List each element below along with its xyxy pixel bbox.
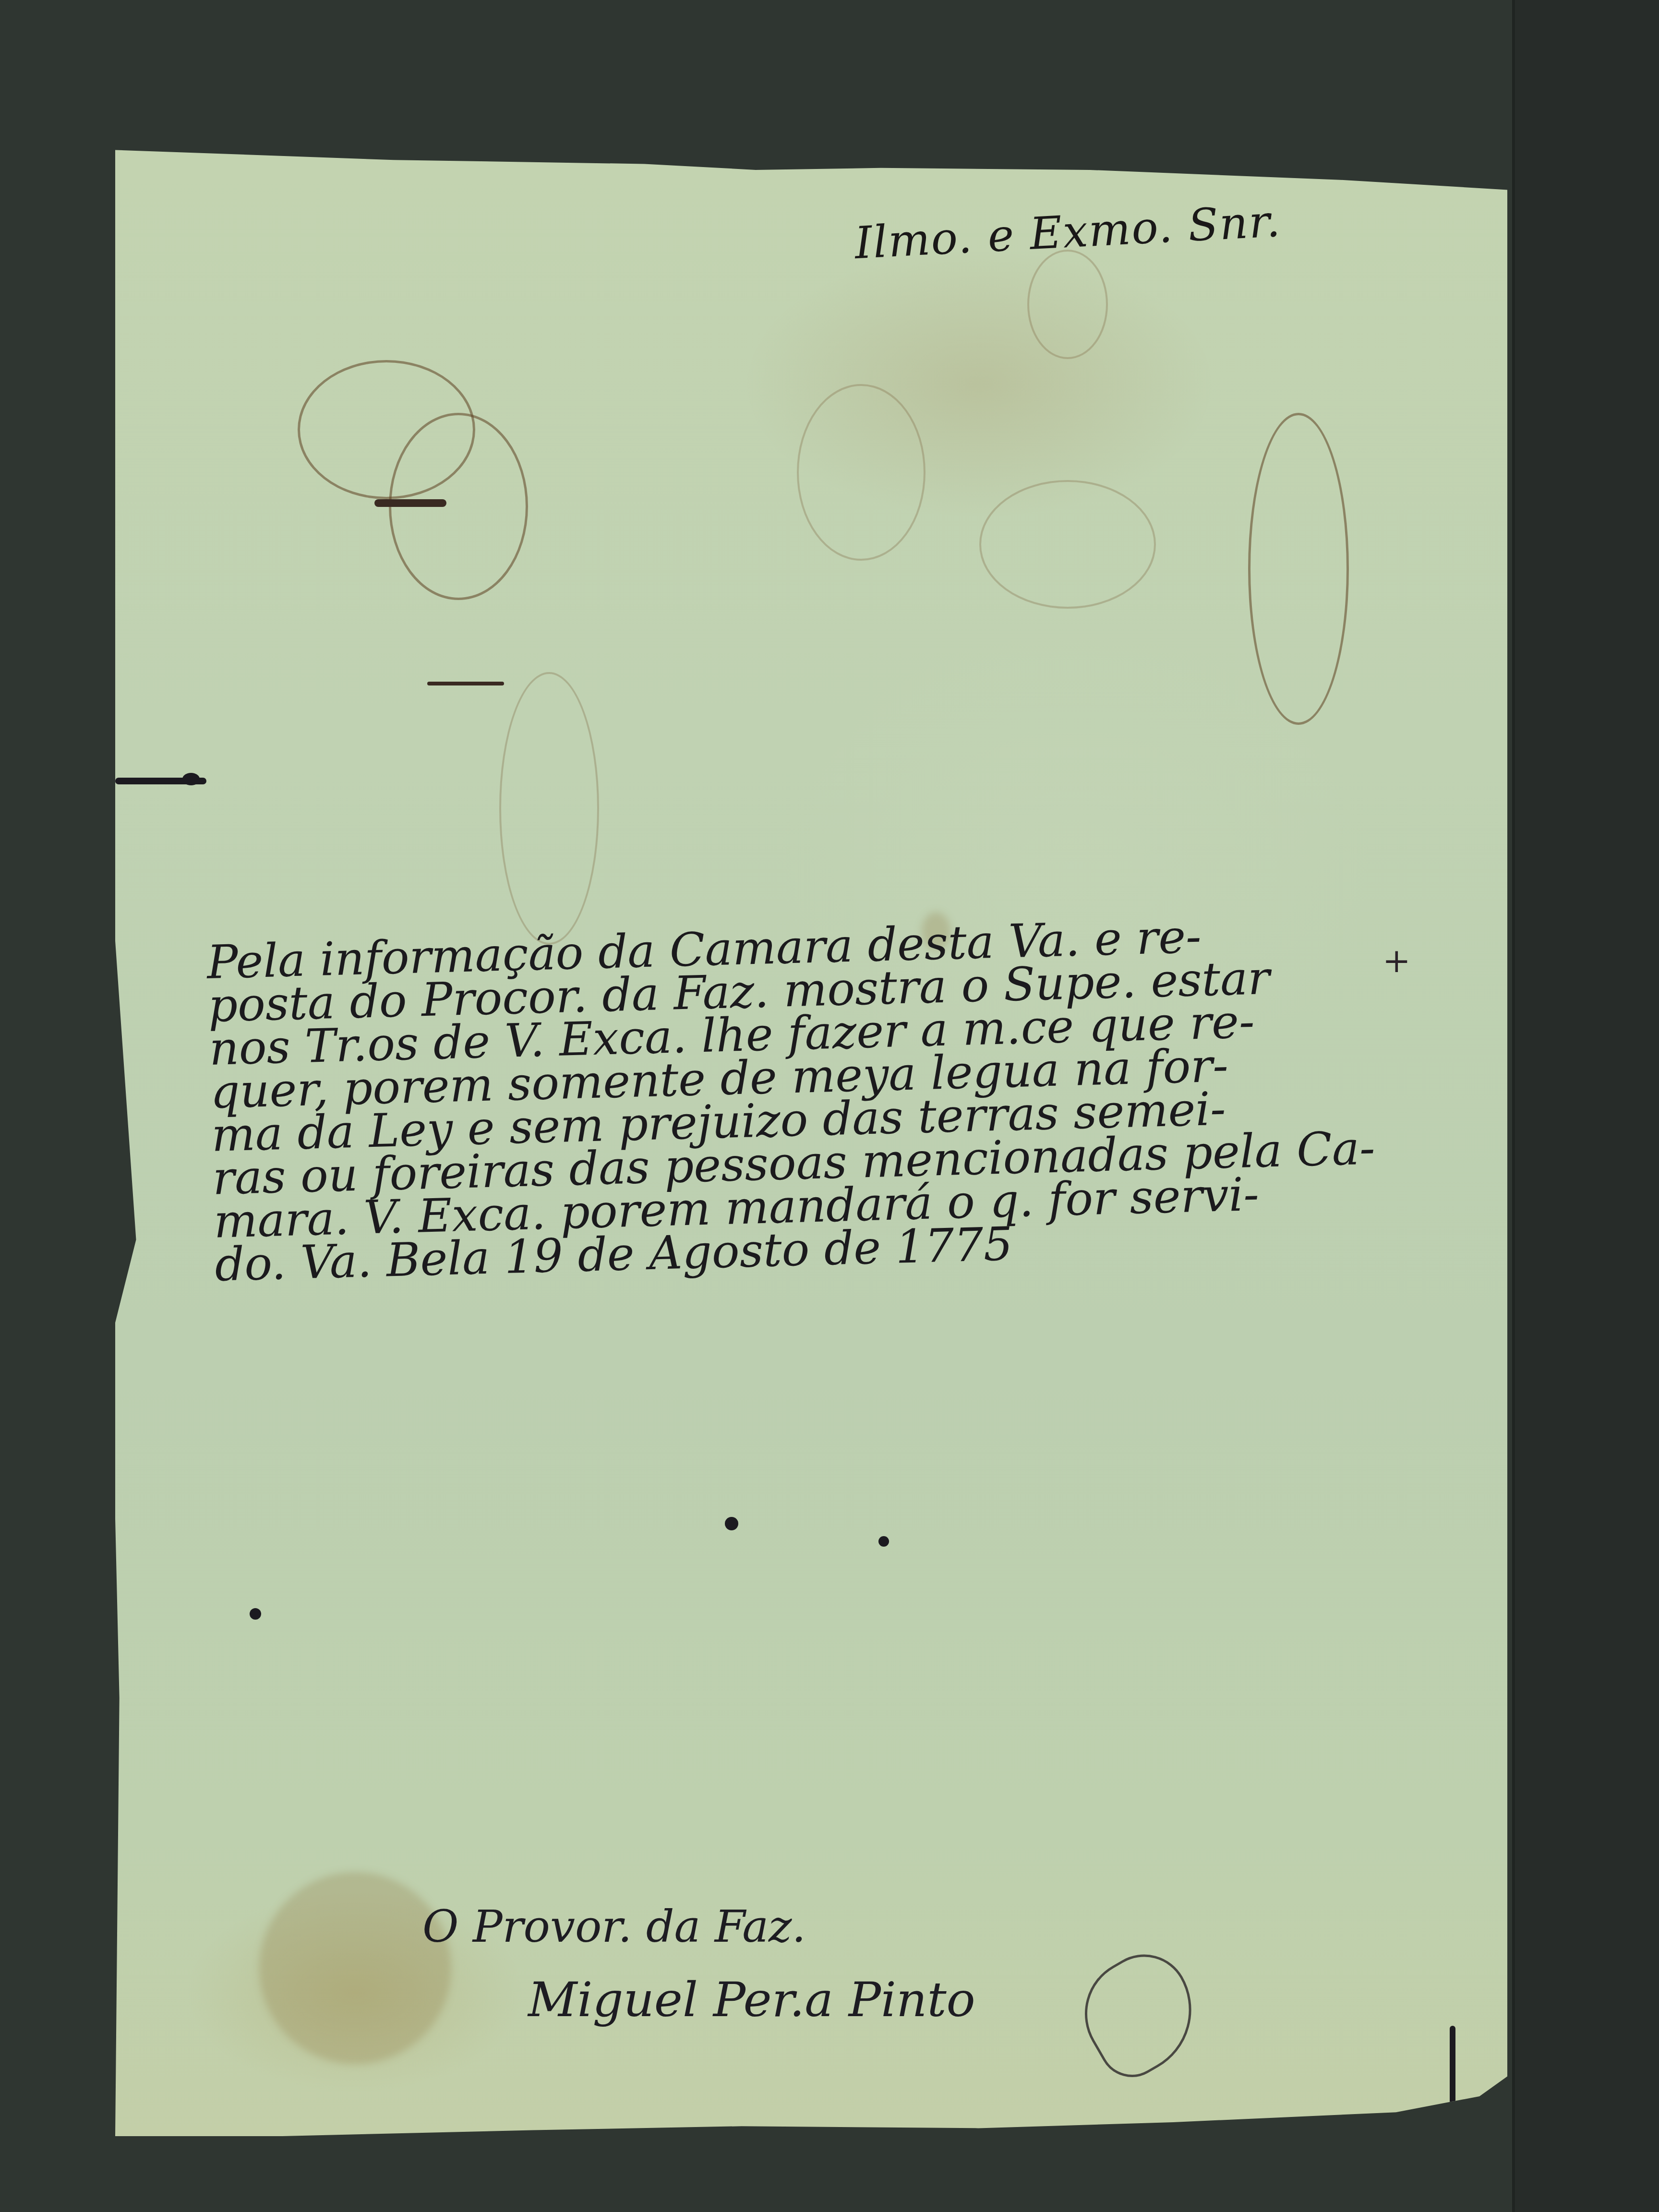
ink-drip xyxy=(1450,2026,1455,2122)
signature-block: O Provor. da Faz. Miguel Per.a Pinto xyxy=(422,1901,975,2028)
letter-body: Pela informação da Camara desta Va. e re… xyxy=(206,910,1415,1286)
ink-dash xyxy=(427,682,504,685)
bleed-through-text xyxy=(835,206,847,251)
ink-blot xyxy=(182,773,200,785)
flourish-loop xyxy=(797,384,926,561)
ink-dash xyxy=(374,499,446,507)
ink-dot xyxy=(878,1536,889,1547)
signatory-title: O Provor. da Faz. xyxy=(422,1901,975,1952)
margin-cross-mark: + xyxy=(1382,941,1411,980)
backdrop-edge xyxy=(1512,0,1659,2212)
signatory-name: Miguel Per.a Pinto xyxy=(528,1972,975,2028)
bleed-flourish xyxy=(1027,250,1108,359)
ink-dot xyxy=(725,1517,738,1530)
ink-dot xyxy=(250,1608,261,1620)
flourish-loop xyxy=(1248,413,1349,725)
flourish-loop xyxy=(499,672,599,945)
flourish-loop xyxy=(979,480,1156,609)
